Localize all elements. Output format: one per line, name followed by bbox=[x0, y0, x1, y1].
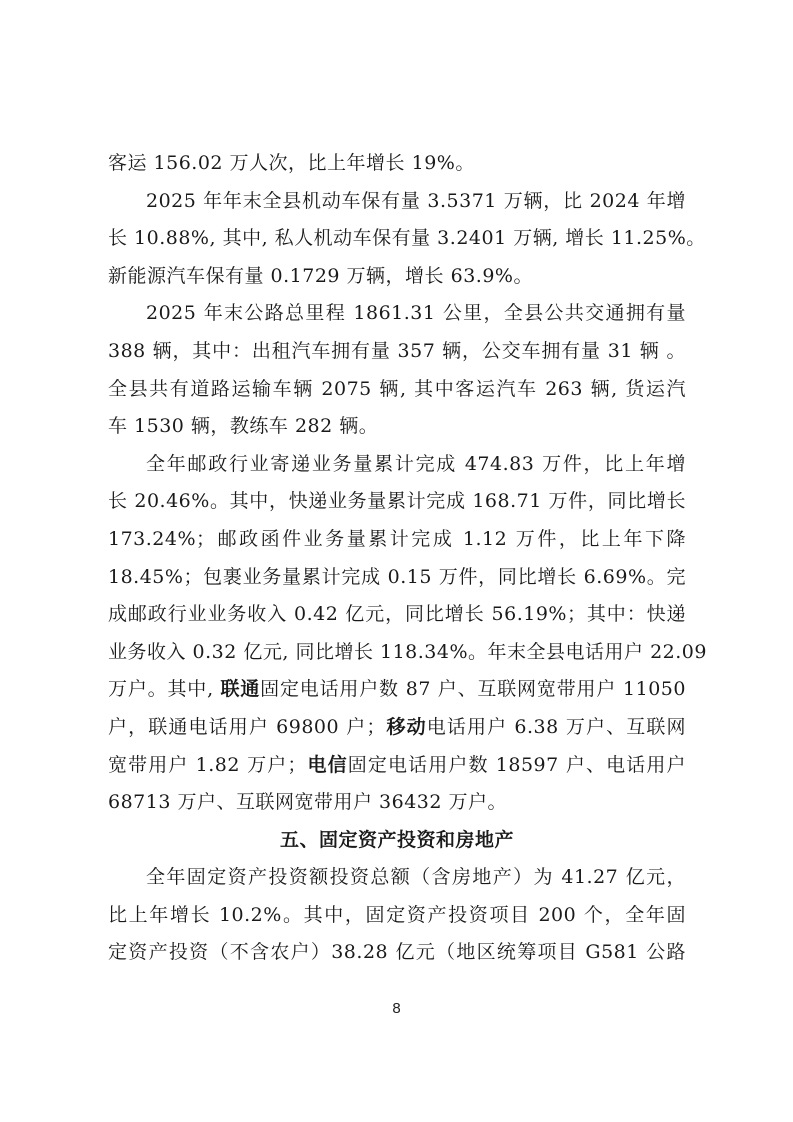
paragraph-passenger-transport: 客运 156.02 万人次，比上年增长 19%。 bbox=[108, 145, 686, 183]
text-line: 成邮政行业业务收入 0.42 亿元，同比增长 56.19%；其中：快递 bbox=[108, 596, 686, 634]
text-line: 业务收入 0.32 亿元, 同比增长 118.34%。年末全县电话用户 22.0… bbox=[108, 634, 686, 672]
body-text: 客运 156.02 万人次，比上年增长 19%。 2025 年年末全县机动车保有… bbox=[108, 145, 686, 972]
text-line: 客运 156.02 万人次，比上年增长 19%。 bbox=[108, 145, 686, 183]
text-fragment: 固定电话用户数 18597 户、电话用户 bbox=[348, 754, 686, 776]
text-line-mobile: 户，联通电话用户 69800 户；移动电话用户 6.38 万户、互联网 bbox=[108, 709, 686, 747]
carrier-mobile-label: 移动 bbox=[386, 716, 427, 738]
page-number: 8 bbox=[0, 1000, 793, 1017]
text-line: 173.24%；邮政函件业务量累计完成 1.12 万件，比上年下降 bbox=[108, 521, 686, 559]
text-line-unicom: 万户。其中, 联通固定电话用户数 87 户、互联网宽带用户 11050 bbox=[108, 671, 686, 709]
text-line: 388 辆，其中：出租汽车拥有量 357 辆，公交车拥有量 31 辆 。 bbox=[108, 333, 686, 371]
paragraph-fixed-asset-investment: 全年固定资产投资额投资总额（含房地产）为 41.27 亿元， 比上年增长 10.… bbox=[108, 859, 686, 972]
text-line: 2025 年末公路总里程 1861.31 公里，全县公共交通拥有量 bbox=[108, 295, 686, 333]
section-heading: 五、固定资产投资和房地产 bbox=[108, 822, 686, 860]
text-line: 18.45%；包裹业务量累计完成 0.15 万件，同比增长 6.69%。完 bbox=[108, 559, 686, 597]
text-fragment: 宽带用户 1.82 万户； bbox=[108, 754, 307, 776]
carrier-telecom-label: 电信 bbox=[307, 754, 348, 776]
text-line: 全县共有道路运输车辆 2075 辆, 其中客运汽车 263 辆, 货运汽 bbox=[108, 371, 686, 409]
document-page: 客运 156.02 万人次，比上年增长 19%。 2025 年年末全县机动车保有… bbox=[0, 0, 793, 1122]
text-line: 车 1530 辆，教练车 282 辆。 bbox=[108, 408, 686, 446]
text-line: 定资产投资（不含农户）38.28 亿元（地区统筹项目 G581 公路 bbox=[108, 934, 686, 972]
paragraph-road-mileage: 2025 年末公路总里程 1861.31 公里，全县公共交通拥有量 388 辆，… bbox=[108, 295, 686, 445]
text-fragment: 户，联通电话用户 69800 户； bbox=[108, 716, 386, 738]
text-fragment: 万户。其中, bbox=[108, 678, 221, 700]
text-line: 全年邮政行业寄递业务量累计完成 474.83 万件，比上年增 bbox=[108, 446, 686, 484]
paragraph-motor-vehicles: 2025 年年末全县机动车保有量 3.5371 万辆，比 2024 年增 长 1… bbox=[108, 183, 686, 296]
text-fragment: 68713 万户、互联网宽带用户 36432 万户。 bbox=[108, 791, 507, 813]
text-line: 68713 万户、互联网宽带用户 36432 万户。 bbox=[108, 784, 686, 822]
text-line: 比上年增长 10.2%。其中，固定资产投资项目 200 个，全年固 bbox=[108, 897, 686, 935]
text-fragment: 固定电话用户数 87 户、互联网宽带用户 11050 bbox=[260, 678, 686, 700]
paragraph-postal-telecom: 全年邮政行业寄递业务量累计完成 474.83 万件，比上年增 长 20.46%。… bbox=[108, 446, 686, 822]
text-line: 新能源汽车保有量 0.1729 万辆，增长 63.9%。 bbox=[108, 258, 686, 296]
carrier-unicom-label: 联通 bbox=[221, 678, 261, 700]
text-line: 全年固定资产投资额投资总额（含房地产）为 41.27 亿元， bbox=[108, 859, 686, 897]
text-fragment: 电话用户 6.38 万户、互联网 bbox=[427, 716, 686, 738]
text-line-telecom: 宽带用户 1.82 万户；电信固定电话用户数 18597 户、电话用户 bbox=[108, 747, 686, 785]
text-line: 长 20.46%。其中，快递业务量累计完成 168.71 万件，同比增长 bbox=[108, 483, 686, 521]
text-line: 2025 年年末全县机动车保有量 3.5371 万辆，比 2024 年增 bbox=[108, 183, 686, 221]
text-line: 长 10.88%, 其中, 私人机动车保有量 3.2401 万辆, 增长 11.… bbox=[108, 220, 686, 258]
